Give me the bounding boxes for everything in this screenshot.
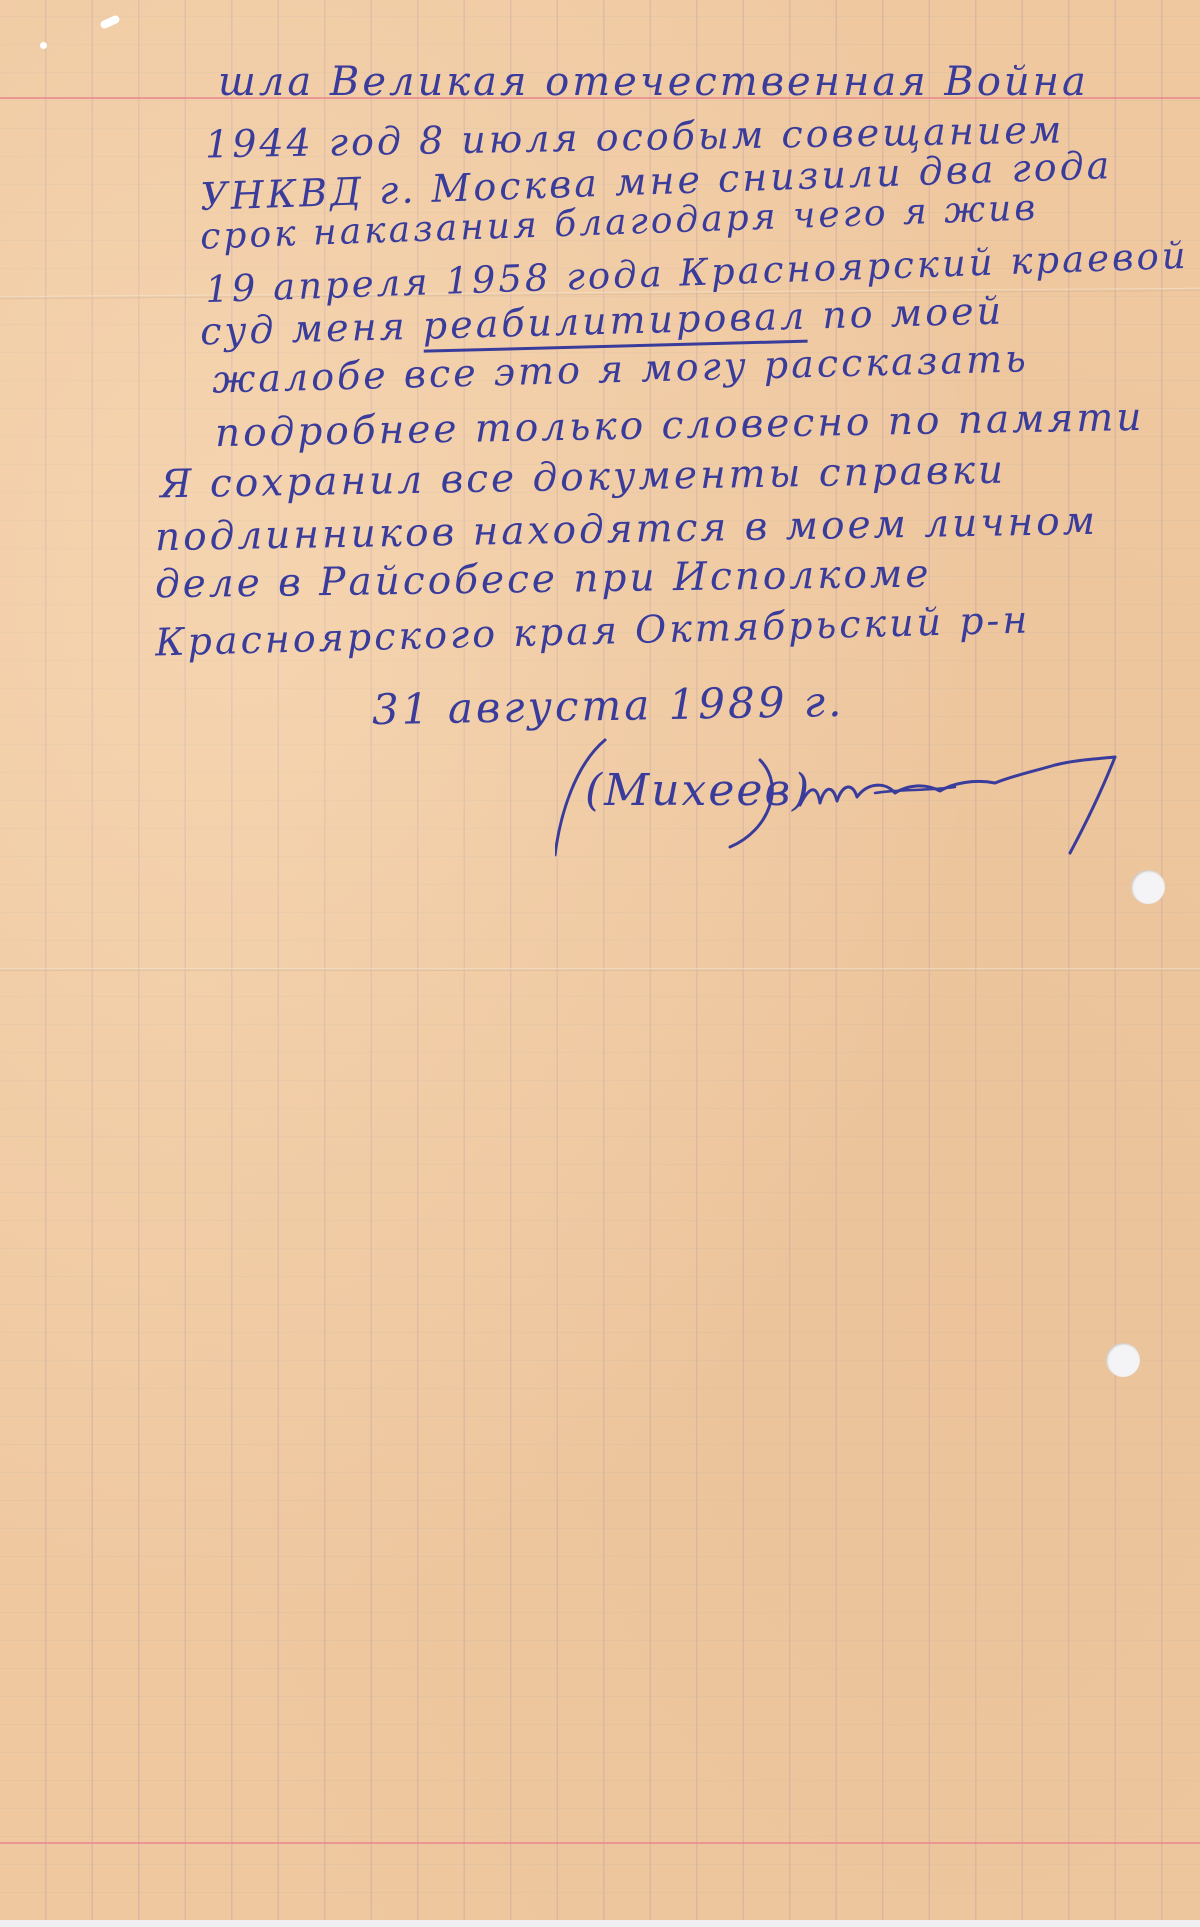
letter-page: шла Великая отечественная Война 1944 год… bbox=[0, 0, 1200, 1920]
signature-name: (Михеев) bbox=[585, 765, 811, 816]
scan-bottom-edge bbox=[0, 1920, 1200, 1927]
scan-speck-dot bbox=[40, 42, 47, 49]
scan-speck-dash bbox=[99, 14, 121, 30]
punch-hole-lower bbox=[1106, 1343, 1140, 1377]
letter-line: шла Великая отечественная Война bbox=[218, 62, 1089, 102]
paper-fold-middle bbox=[0, 968, 1200, 971]
letter-line: Я сохранил все документы справки bbox=[160, 451, 1007, 505]
letter-line: подробнее только словесно по памяти bbox=[215, 398, 1145, 453]
signature-block: (Михеев) bbox=[555, 735, 1175, 865]
letter-date: 31 августа 1989 г. bbox=[372, 681, 845, 731]
punch-hole-upper bbox=[1131, 870, 1165, 904]
letter-line: Красноярского края Октябрьский р-н bbox=[155, 601, 1031, 662]
letter-line-start: суд меня bbox=[200, 304, 424, 354]
bottom-margin-line bbox=[0, 1842, 1200, 1844]
letter-line-end: по моей bbox=[807, 288, 1005, 337]
letter-line: подлинников находятся в моем личном bbox=[155, 502, 1099, 557]
letter-line: деле в Райсобесе при Исполкоме bbox=[155, 555, 932, 605]
